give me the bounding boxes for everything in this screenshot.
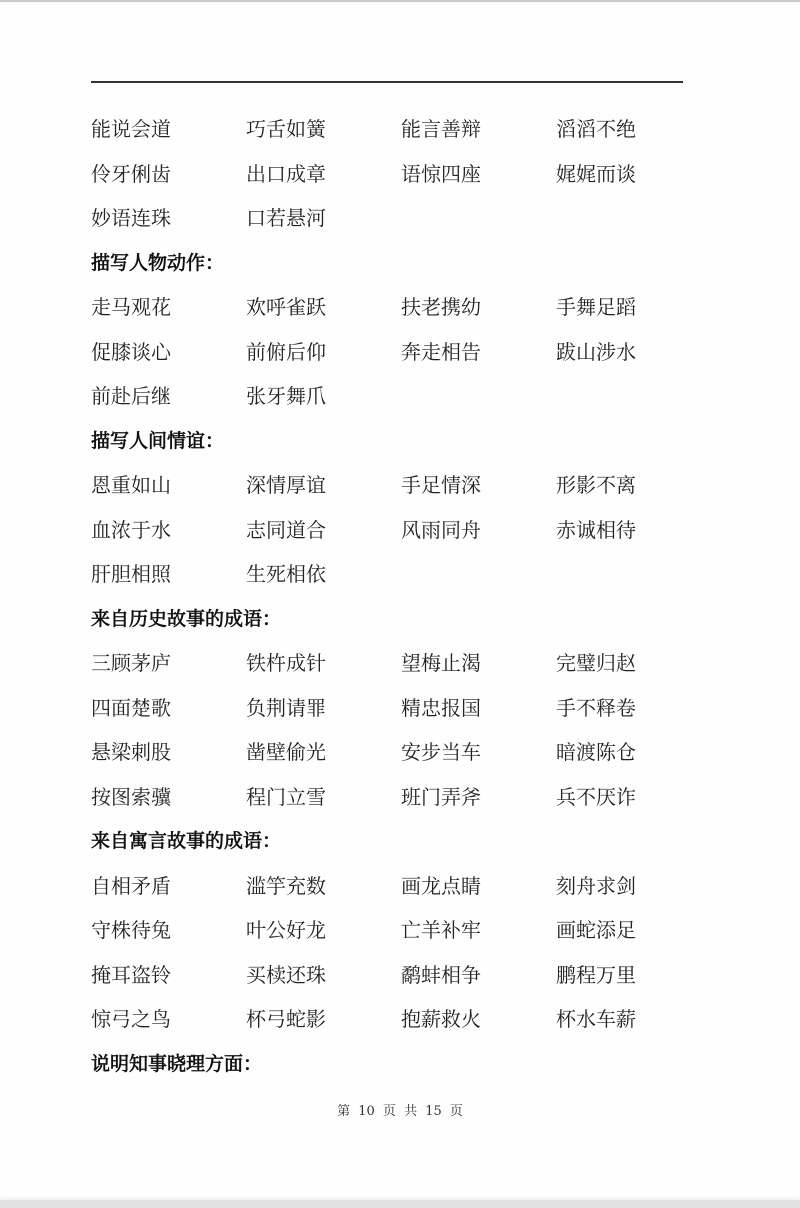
idiom: 扶老携幼 [401, 293, 556, 338]
idiom: 手舞足蹈 [556, 293, 711, 338]
idiom: 血浓于水 [91, 516, 246, 561]
section-title: 描写人间情谊： [91, 427, 711, 472]
idiom-row: 前赴后继 张牙舞爪 [91, 382, 711, 427]
idiom: 欢呼雀跃 [246, 293, 401, 338]
idiom: 亡羊补牢 [401, 916, 556, 961]
idiom [401, 382, 556, 427]
idiom-row: 自相矛盾 滥竽充数 画龙点睛 刻舟求剑 [91, 872, 711, 917]
section-title: 来自寓言故事的成语： [91, 827, 711, 872]
idiom [556, 560, 711, 605]
section-title: 来自历史故事的成语： [91, 605, 711, 650]
header-rule [91, 81, 683, 83]
idiom: 手足情深 [401, 471, 556, 516]
idiom: 妙语连珠 [91, 204, 246, 249]
idiom: 程门立雪 [246, 783, 401, 828]
idiom-row: 肝胆相照 生死相依 [91, 560, 711, 605]
idiom: 叶公好龙 [246, 916, 401, 961]
idiom: 跋山涉水 [556, 338, 711, 383]
document-page: 能说会道 巧舌如簧 能言善辩 滔滔不绝 伶牙俐齿 出口成章 语惊四座 娓娓而谈 … [0, 2, 800, 1200]
idiom: 娓娓而谈 [556, 160, 711, 205]
idiom: 巧舌如簧 [246, 115, 401, 160]
idiom: 凿壁偷光 [246, 738, 401, 783]
idiom-row: 血浓于水 志同道合 风雨同舟 赤诚相待 [91, 516, 711, 561]
idiom: 恩重如山 [91, 471, 246, 516]
idiom: 出口成章 [246, 160, 401, 205]
idiom-row: 走马观花 欢呼雀跃 扶老携幼 手舞足蹈 [91, 293, 711, 338]
idiom: 鹏程万里 [556, 961, 711, 1006]
idiom: 能说会道 [91, 115, 246, 160]
idiom: 买椟还珠 [246, 961, 401, 1006]
section-history: 来自历史故事的成语： 三顾茅庐 铁杵成针 望梅止渴 完璧归赵 四面楚歌 负荆请罪… [91, 605, 711, 828]
section-title: 说明知事晓理方面： [91, 1050, 711, 1095]
idiom-list: 能说会道 巧舌如簧 能言善辩 滔滔不绝 伶牙俐齿 出口成章 语惊四座 娓娓而谈 … [91, 115, 711, 1094]
idiom: 按图索骥 [91, 783, 246, 828]
idiom: 滔滔不绝 [556, 115, 711, 160]
idiom: 手不释卷 [556, 694, 711, 739]
idiom: 走马观花 [91, 293, 246, 338]
idiom: 生死相依 [246, 560, 401, 605]
idiom [401, 204, 556, 249]
idiom: 志同道合 [246, 516, 401, 561]
idiom: 刻舟求剑 [556, 872, 711, 917]
idiom-row: 妙语连珠 口若悬河 [91, 204, 711, 249]
section-fables: 来自寓言故事的成语： 自相矛盾 滥竽充数 画龙点睛 刻舟求剑 守株待兔 叶公好龙… [91, 827, 711, 1050]
idiom-row: 按图索骥 程门立雪 班门弄斧 兵不厌诈 [91, 783, 711, 828]
idiom: 杯水车薪 [556, 1005, 711, 1050]
idiom: 语惊四座 [401, 160, 556, 205]
section-title: 描写人物动作： [91, 249, 711, 294]
viewer-bottom-strip [0, 1200, 800, 1208]
idiom: 画蛇添足 [556, 916, 711, 961]
section-actions: 描写人物动作： 走马观花 欢呼雀跃 扶老携幼 手舞足蹈 促膝谈心 前俯后仰 奔走… [91, 249, 711, 427]
idiom: 杯弓蛇影 [246, 1005, 401, 1050]
idiom-row: 惊弓之鸟 杯弓蛇影 抱薪救火 杯水车薪 [91, 1005, 711, 1050]
page-number-footer: 第 10 页 共 15 页 [0, 1100, 800, 1119]
idiom: 鹬蚌相争 [401, 961, 556, 1006]
idiom: 悬梁刺股 [91, 738, 246, 783]
section-reasoning: 说明知事晓理方面： [91, 1050, 711, 1095]
idiom: 班门弄斧 [401, 783, 556, 828]
idiom: 赤诚相待 [556, 516, 711, 561]
idiom-row: 伶牙俐齿 出口成章 语惊四座 娓娓而谈 [91, 160, 711, 205]
idiom-row: 掩耳盗铃 买椟还珠 鹬蚌相争 鹏程万里 [91, 961, 711, 1006]
section-eloquence: 能说会道 巧舌如簧 能言善辩 滔滔不绝 伶牙俐齿 出口成章 语惊四座 娓娓而谈 … [91, 115, 711, 249]
idiom: 精忠报国 [401, 694, 556, 739]
idiom-row: 三顾茅庐 铁杵成针 望梅止渴 完璧归赵 [91, 649, 711, 694]
idiom: 铁杵成针 [246, 649, 401, 694]
idiom [401, 560, 556, 605]
idiom: 暗渡陈仓 [556, 738, 711, 783]
idiom: 自相矛盾 [91, 872, 246, 917]
idiom [556, 382, 711, 427]
idiom: 深情厚谊 [246, 471, 401, 516]
idiom: 四面楚歌 [91, 694, 246, 739]
idiom: 口若悬河 [246, 204, 401, 249]
idiom-row: 恩重如山 深情厚谊 手足情深 形影不离 [91, 471, 711, 516]
idiom: 惊弓之鸟 [91, 1005, 246, 1050]
idiom-row: 促膝谈心 前俯后仰 奔走相告 跋山涉水 [91, 338, 711, 383]
idiom: 守株待兔 [91, 916, 246, 961]
idiom: 奔走相告 [401, 338, 556, 383]
idiom-row: 悬梁刺股 凿壁偷光 安步当车 暗渡陈仓 [91, 738, 711, 783]
idiom: 抱薪救火 [401, 1005, 556, 1050]
idiom: 能言善辩 [401, 115, 556, 160]
idiom [556, 204, 711, 249]
idiom: 前俯后仰 [246, 338, 401, 383]
idiom: 张牙舞爪 [246, 382, 401, 427]
idiom: 画龙点睛 [401, 872, 556, 917]
idiom: 兵不厌诈 [556, 783, 711, 828]
idiom: 滥竽充数 [246, 872, 401, 917]
idiom: 安步当车 [401, 738, 556, 783]
idiom-row: 能说会道 巧舌如簧 能言善辩 滔滔不绝 [91, 115, 711, 160]
idiom: 风雨同舟 [401, 516, 556, 561]
idiom: 三顾茅庐 [91, 649, 246, 694]
idiom: 促膝谈心 [91, 338, 246, 383]
idiom-row: 守株待兔 叶公好龙 亡羊补牢 画蛇添足 [91, 916, 711, 961]
idiom: 伶牙俐齿 [91, 160, 246, 205]
idiom: 望梅止渴 [401, 649, 556, 694]
idiom: 形影不离 [556, 471, 711, 516]
idiom: 负荆请罪 [246, 694, 401, 739]
section-friendship: 描写人间情谊： 恩重如山 深情厚谊 手足情深 形影不离 血浓于水 志同道合 风雨… [91, 427, 711, 605]
idiom: 完璧归赵 [556, 649, 711, 694]
idiom: 肝胆相照 [91, 560, 246, 605]
idiom: 掩耳盗铃 [91, 961, 246, 1006]
idiom: 前赴后继 [91, 382, 246, 427]
idiom-row: 四面楚歌 负荆请罪 精忠报国 手不释卷 [91, 694, 711, 739]
